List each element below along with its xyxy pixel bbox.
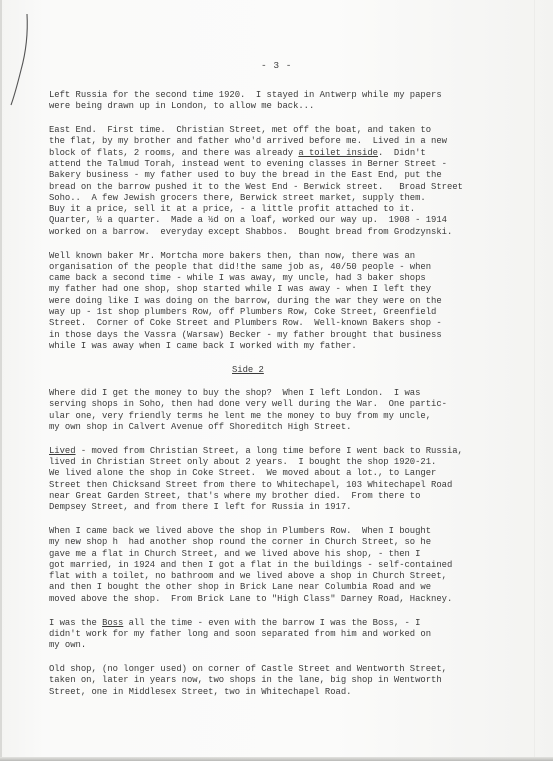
text-line: my own. xyxy=(49,640,529,651)
underlined-word: Lived xyxy=(49,446,76,456)
text-line: moved above the shop. From Brick Lane to… xyxy=(49,594,529,605)
text-line: ular one, very friendly terms he lent me… xyxy=(49,411,529,422)
text-line: I was the Boss all the time - even with … xyxy=(49,618,529,629)
text-fragment: all the time - even with the barrow I wa… xyxy=(123,618,420,628)
text-line: my new shop h had another shop round the… xyxy=(49,537,529,548)
text-line: lived in Christian Street only about 2 y… xyxy=(49,457,529,468)
scanned-page: - 3 - Left Russia for the second time 19… xyxy=(0,0,553,761)
text-line: organisation of the people that did!the … xyxy=(49,262,529,273)
text-line: serving shops in Soho, then had done ver… xyxy=(49,399,529,410)
text-line: Soho.. A few Jewish grocers there, Berwi… xyxy=(49,193,529,204)
text-line: Buy it a price, sell it at a price, - a … xyxy=(49,204,529,215)
paragraph-east-end: East End. First time. Christian Street, … xyxy=(49,125,529,238)
text-line: Lived - moved from Christian Street, a l… xyxy=(49,446,529,457)
text-line: didn't work for my father long and soon … xyxy=(49,629,529,640)
paragraph-boss: I was the Boss all the time - even with … xyxy=(49,618,529,652)
text-line: attend the Talmud Torah, instead went to… xyxy=(49,159,529,170)
text-line: taken on, later in years now, two shops … xyxy=(49,675,529,686)
document-body: Left Russia for the second time 1920. I … xyxy=(49,90,529,710)
text-line: Street. Corner of Coke Street and Plumbe… xyxy=(49,318,529,329)
paragraph-return-1920: Left Russia for the second time 1920. I … xyxy=(49,90,529,113)
text-line: were being drawn up in London, to allow … xyxy=(49,101,529,112)
text-line: flat with a toilet, no bathroom and we l… xyxy=(49,571,529,582)
page-edge-shadow xyxy=(0,0,2,761)
text-fragment: . Didn't xyxy=(378,148,426,158)
text-fragment: - moved from Christian Street, a long ti… xyxy=(76,446,463,456)
text-line: Dempsey Street, and from there I left fo… xyxy=(49,502,529,513)
text-line: my own shop in Calvert Avenue off Shored… xyxy=(49,422,529,433)
text-line: block of flats, 2 rooms, and there was a… xyxy=(49,148,529,159)
text-line: bread on the barrow pushed it to the Wes… xyxy=(49,182,529,193)
paragraph-money-for-shop: Where did I get the money to buy the sho… xyxy=(49,388,529,433)
text-line: gave me a flat in Church Street, and we … xyxy=(49,549,529,560)
text-line: We lived alone the shop in Coke Street. … xyxy=(49,468,529,479)
text-line: Bakery business - my father used to buy … xyxy=(49,170,529,181)
text-line: Quarter, ½ a quarter. Made a ½d on a loa… xyxy=(49,215,529,226)
text-line: came back a second time - while I was aw… xyxy=(49,273,529,284)
text-fragment: I was the xyxy=(49,618,102,628)
text-line: East End. First time. Christian Street, … xyxy=(49,125,529,136)
text-fragment: block of flats, 2 rooms, and there was a… xyxy=(49,148,298,158)
paragraph-plumbers-row: When I came back we lived above the shop… xyxy=(49,526,529,605)
text-line: got married, in 1924 and then I got a fl… xyxy=(49,560,529,571)
text-line: Left Russia for the second time 1920. I … xyxy=(49,90,529,101)
underlined-word: Boss xyxy=(102,618,123,628)
text-line: were doing like I was doing on the barro… xyxy=(49,296,529,307)
paragraph-bakers: Well known baker Mr. Mortcha more bakers… xyxy=(49,251,529,353)
text-line: Street, one in Middlesex Street, two in … xyxy=(49,687,529,698)
text-line: way up - 1st shop plumbers Row, off Plum… xyxy=(49,307,529,318)
text-line: Well known baker Mr. Mortcha more bakers… xyxy=(49,251,529,262)
text-line: near Great Garden Street, that's where m… xyxy=(49,491,529,502)
text-line: When I came back we lived above the shop… xyxy=(49,526,529,537)
text-line: and then I bought the other shop in Bric… xyxy=(49,582,529,593)
text-line: while I was away when I came back I work… xyxy=(49,341,529,352)
paragraph-lived: Lived - moved from Christian Street, a l… xyxy=(49,446,529,514)
text-line: my father had one shop, shop started whi… xyxy=(49,284,529,295)
page-bottom-edge xyxy=(0,757,553,761)
page-number: - 3 - xyxy=(0,60,553,71)
text-line: Where did I get the money to buy the sho… xyxy=(49,388,529,399)
page-fold-line xyxy=(534,0,535,761)
section-heading-side-2: Side 2 xyxy=(49,365,529,376)
text-line: the flat, by my brother and father who'd… xyxy=(49,136,529,147)
text-line: in those days the Vassra (Warsaw) Becker… xyxy=(49,330,529,341)
text-line: worked on a barrow. everyday except Shab… xyxy=(49,227,529,238)
text-line: Street then Chicksand Street from there … xyxy=(49,480,529,491)
text-line: Old shop, (no longer used) on corner of … xyxy=(49,664,529,675)
paragraph-old-shop: Old shop, (no longer used) on corner of … xyxy=(49,664,529,698)
underlined-phrase: a toilet inside xyxy=(298,148,378,158)
